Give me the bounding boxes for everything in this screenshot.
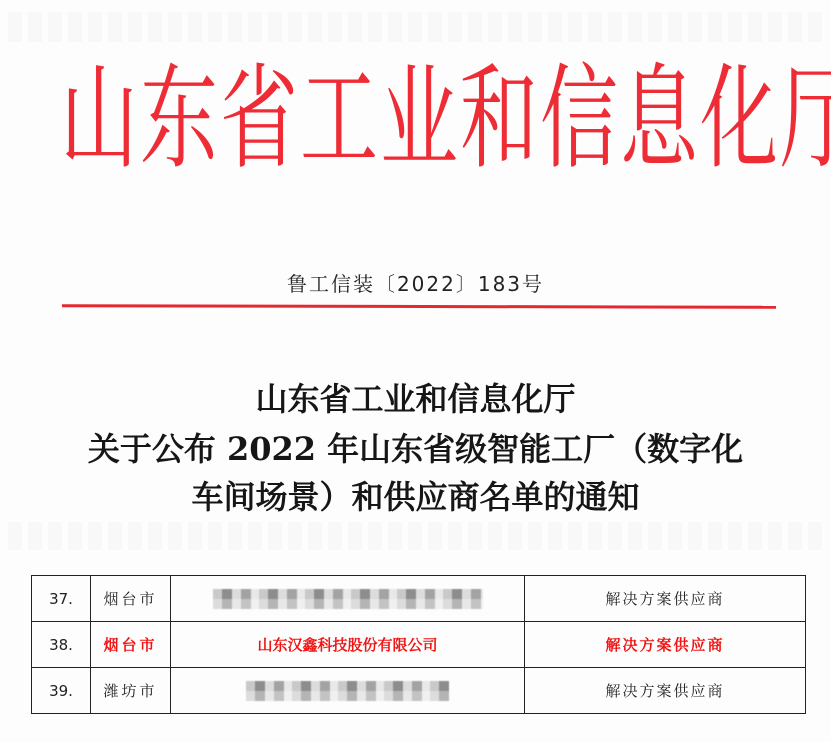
- table-row-highlighted: 38. 烟台市 山东汉鑫科技股份有限公司 解决方案供应商: [32, 622, 806, 668]
- notice-title-line-3: 车间场景）和供应商名单的通知: [0, 472, 831, 518]
- row-company: [171, 576, 525, 622]
- row-city: 潍坊市: [91, 668, 171, 714]
- table-row: 39. 潍坊市 解决方案供应商: [32, 668, 806, 714]
- document-number: 鲁工信装〔2022〕183号: [0, 268, 831, 297]
- masthead-title: 山东省工业和信息化厅: [60, 30, 780, 211]
- table-row: 37. 烟台市 解决方案供应商: [32, 576, 806, 622]
- redacted-company-name: [213, 589, 483, 609]
- document-page: 山东省工业和信息化厅 鲁工信装〔2022〕183号 山东省工业和信息化厅 关于公…: [0, 0, 831, 742]
- notice-title-line-2: 关于公布 2022 年山东省级智能工厂（数字化: [0, 424, 831, 470]
- supplier-table: 37. 烟台市 解决方案供应商 38. 烟台市 山东汉鑫科技股份有限公司 解决方…: [31, 575, 806, 714]
- row-company: [171, 668, 525, 714]
- paper-bleed-through: [8, 522, 823, 550]
- red-divider-rule: [62, 304, 776, 308]
- row-company: 山东汉鑫科技股份有限公司: [171, 622, 525, 668]
- redacted-company-name: [246, 681, 449, 701]
- row-number: 39.: [32, 668, 91, 714]
- row-city: 烟台市: [91, 622, 171, 668]
- row-type: 解决方案供应商: [525, 576, 806, 622]
- row-type: 解决方案供应商: [525, 622, 806, 668]
- row-city: 烟台市: [91, 576, 171, 622]
- row-number: 38.: [32, 622, 91, 668]
- row-type: 解决方案供应商: [525, 668, 806, 714]
- row-number: 37.: [32, 576, 91, 622]
- notice-title-line-1: 山东省工业和信息化厅: [0, 374, 831, 420]
